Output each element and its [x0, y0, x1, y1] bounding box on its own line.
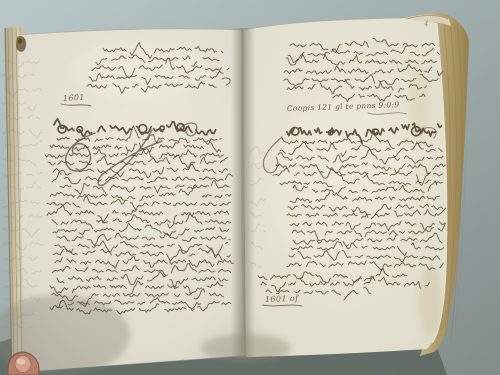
worn-corner-dark-spot: [18, 39, 22, 44]
manuscript-photo: 1601 Coopis 121 gl te pnns 9:0:9 1601 of…: [0, 0, 500, 375]
book: 1601 Coopis 121 gl te pnns 9:0:9 1601 of…: [0, 14, 469, 375]
worn-corner-spot: [16, 36, 26, 52]
left-entry-date: 1601: [63, 93, 85, 103]
manuscript-scene: 1601 Coopis 121 gl te pnns 9:0:9 1601 of…: [0, 0, 500, 375]
folio-page-number: 4: [423, 20, 428, 28]
right-entry-date: 1601 of: [265, 294, 300, 304]
thumb-nail-highlight: [17, 359, 26, 365]
